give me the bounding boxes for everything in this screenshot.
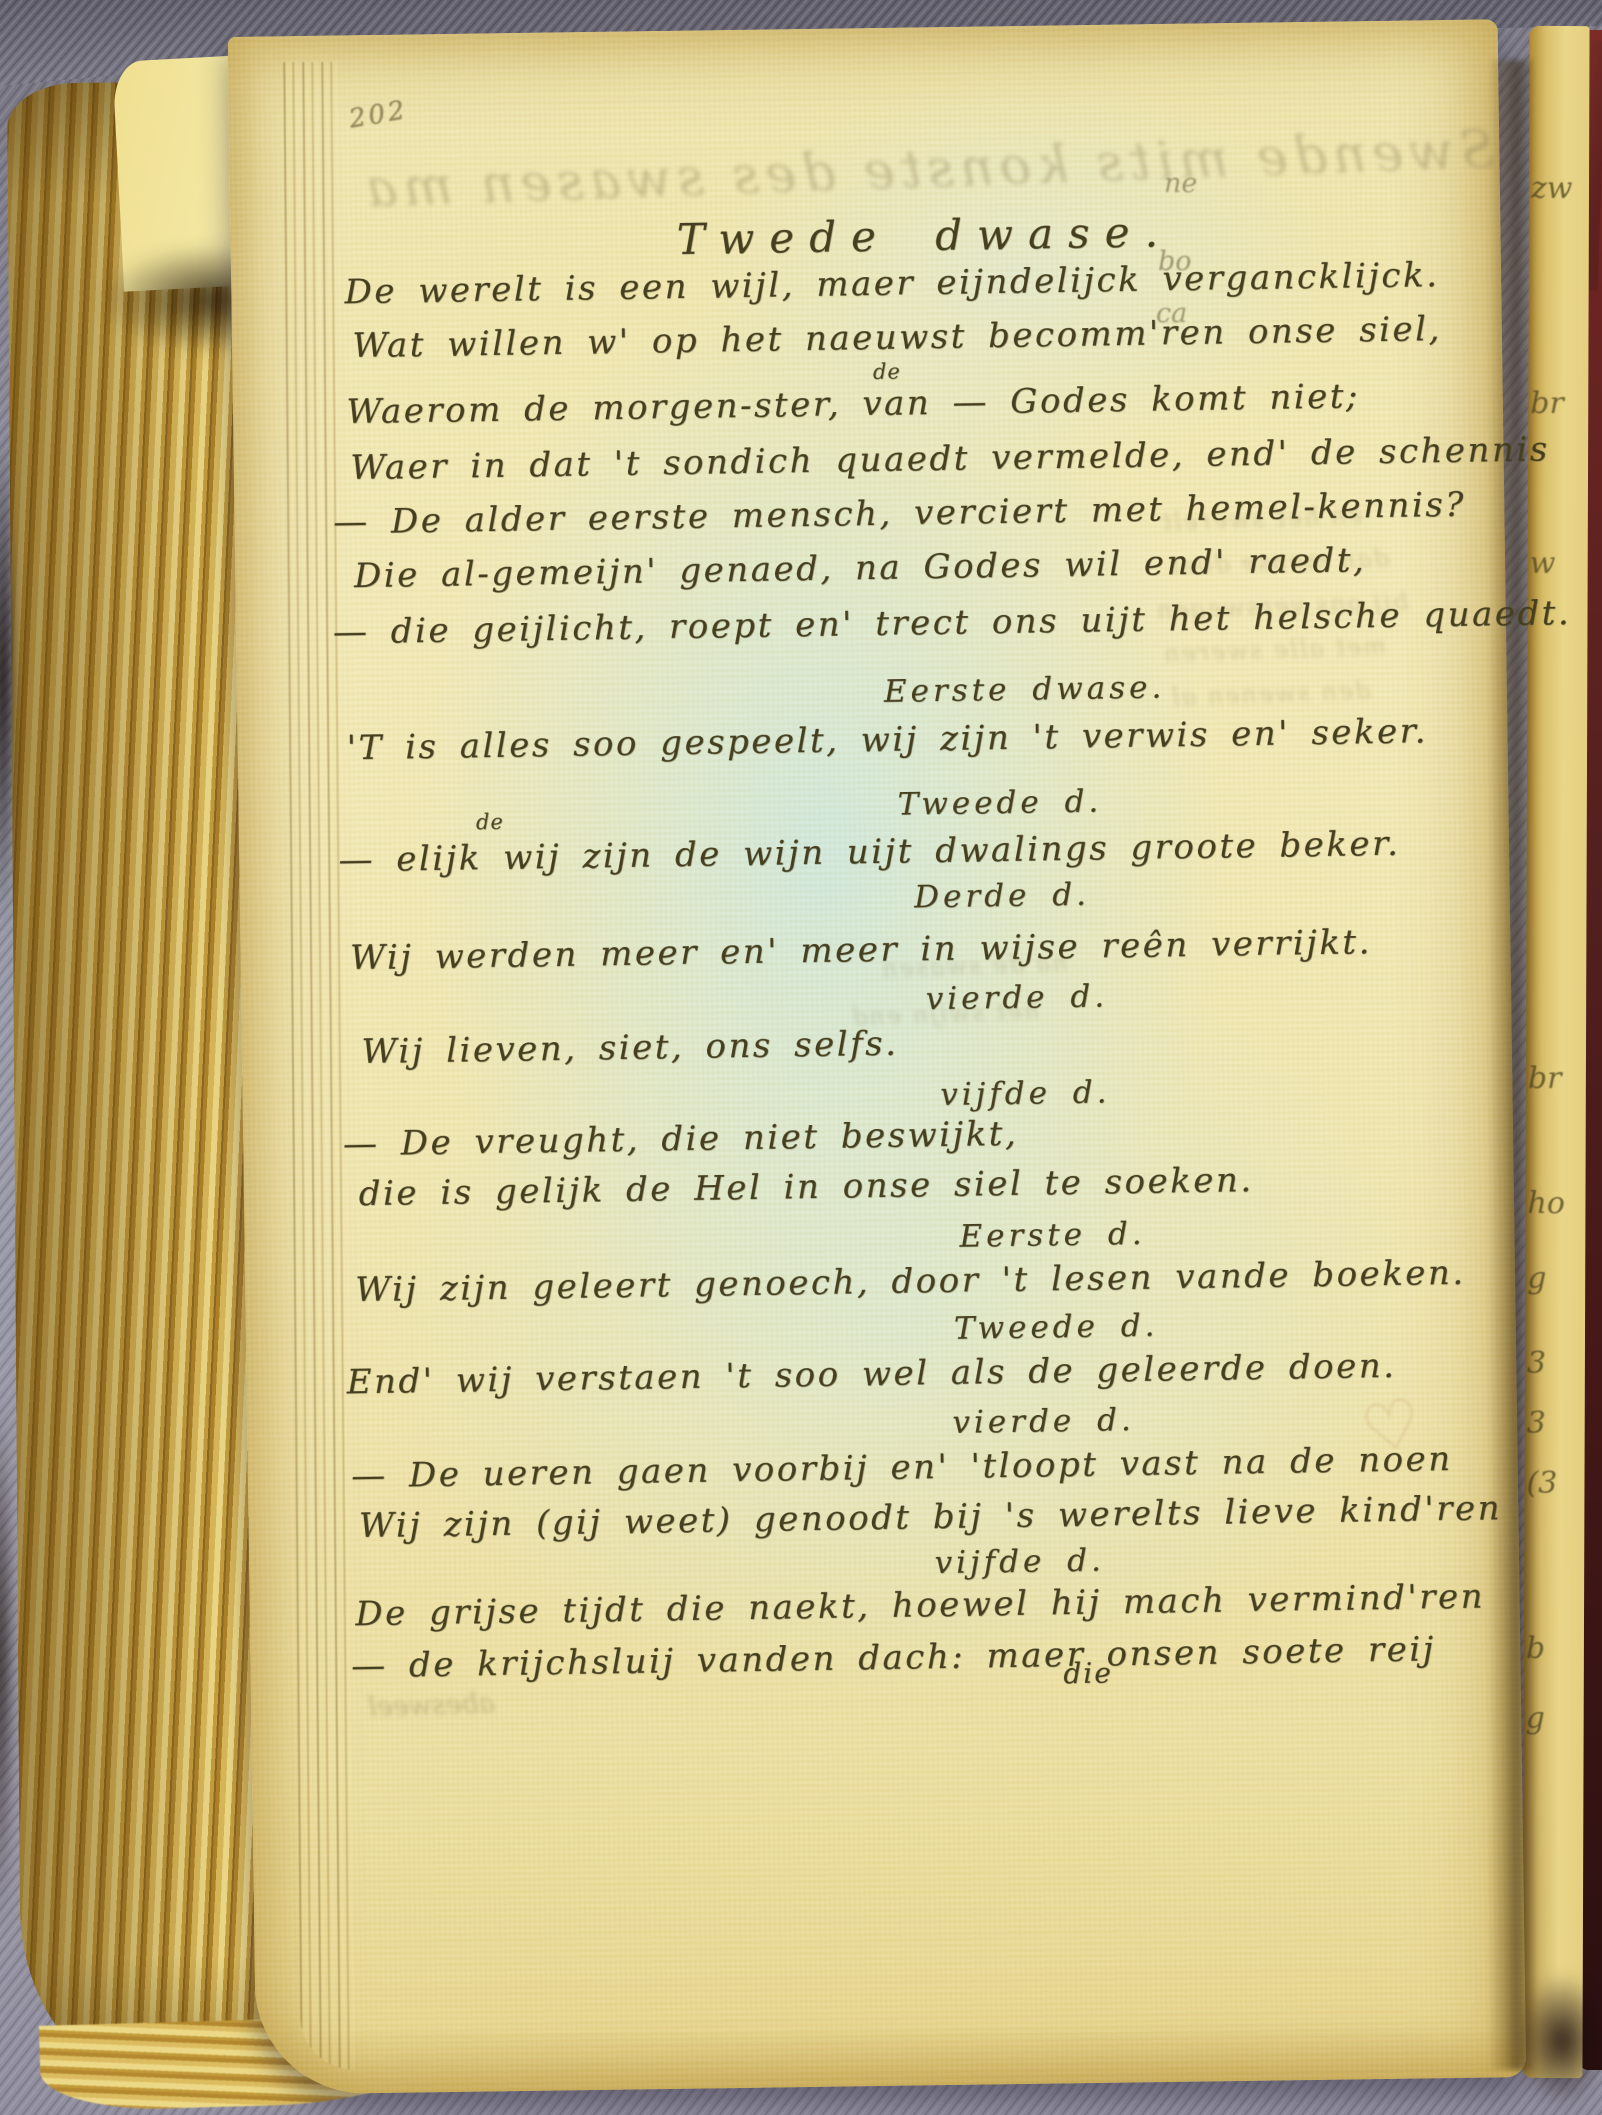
- verse-line: De grijse tijdt die naekt, hoewel hij ma…: [355, 1576, 1485, 1634]
- superscript-insertion: de: [476, 810, 504, 834]
- verse-line: 'T is alles soo gespeelt, wij zijn 't ve…: [346, 711, 1428, 768]
- verse-line: — die geijlicht, roept en' trect ons uij…: [333, 593, 1572, 652]
- speaker-heading: vierde d.: [952, 1402, 1135, 1441]
- speaker-heading: Tweede d.: [897, 783, 1102, 822]
- verse-line: Die al-gemeijn' genaed, na Godes wil end…: [354, 540, 1367, 596]
- verse-line: Waer in dat 't sondich quaedt vermelde, …: [350, 429, 1550, 488]
- speaker-heading: Eerste d.: [959, 1216, 1146, 1255]
- verse-line: Waerom de morgen-ster, van — Godes komt …: [346, 376, 1360, 432]
- verse-line: Wij werden meer en' meer in wijse reên v…: [350, 922, 1372, 978]
- verse-line: Wat willen w' op het naeuwst becomm'ren …: [352, 309, 1442, 366]
- speaker-heading: Tweede d.: [954, 1308, 1159, 1347]
- verse-line: Wij zijn (gij weet) genoodt bij 's werel…: [359, 1488, 1503, 1546]
- poem-title: Twede dwase.: [676, 207, 1173, 264]
- verse-line: — de krijchsluij vanden dach: maer onsen…: [351, 1629, 1436, 1686]
- verse-line: — De alder eerste mensch, verciert met h…: [333, 485, 1466, 543]
- verse-line: De werelt is een wijl, maer eijndelijck …: [344, 255, 1439, 312]
- speaker-heading: vijfde d.: [934, 1542, 1105, 1581]
- speaker-heading: vierde d.: [925, 978, 1108, 1017]
- verse-line: — De vreught, die niet beswijkt,: [343, 1114, 1019, 1165]
- speaker-heading: Derde d.: [914, 877, 1090, 916]
- folio-number: 202: [347, 95, 410, 135]
- verse-line: End' wij verstaen 't soo wel als de gele…: [346, 1346, 1396, 1402]
- superscript-insertion: de: [873, 360, 901, 384]
- handwriting-layer: 202 Twede dwase. De werelt is een wijl, …: [0, 0, 1602, 2115]
- verse-line: Wij zijn geleert genoech, door 't lesen …: [355, 1253, 1466, 1310]
- verse-line: — De ueren gaen voorbij en' 'tloopt vast…: [351, 1439, 1453, 1496]
- verse-line: Wij lieven, siet, ons selfs.: [361, 1024, 898, 1072]
- manuscript-photo: zw br w br ho g 3 3 (3 b g Swende mits k…: [0, 0, 1602, 2115]
- speaker-heading: Eerste dwase.: [884, 669, 1166, 709]
- verse-line: die is gelijk de Hel in onse siel te soe…: [358, 1160, 1253, 1214]
- catchword: die: [1063, 1656, 1113, 1690]
- speaker-heading: vijfde d.: [940, 1074, 1111, 1113]
